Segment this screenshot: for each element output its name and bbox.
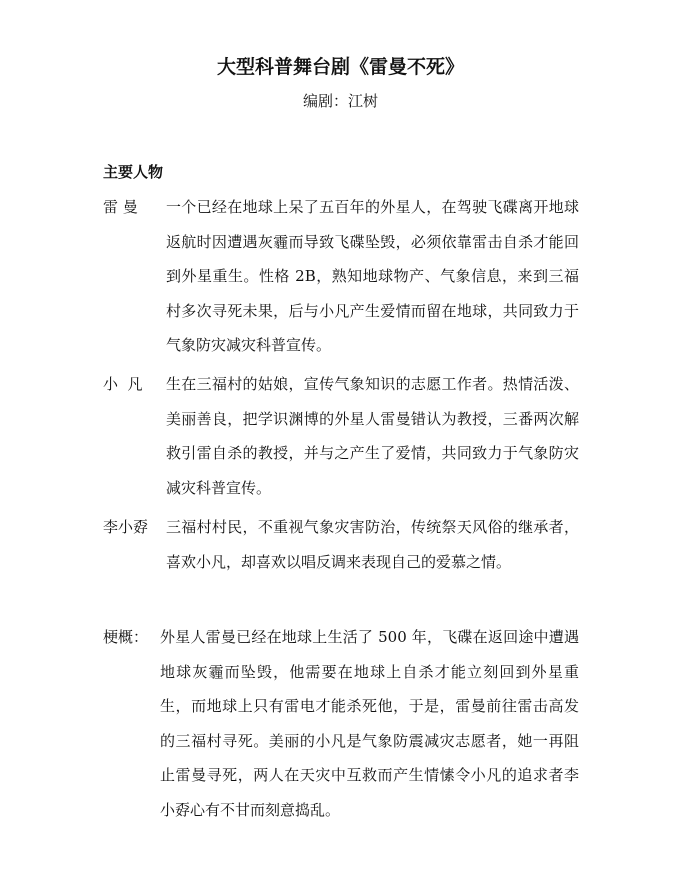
character-entry-lixiaonao: 李小孬 三福村村民，不重视气象灾害防治，传统祭天风俗的继承者，喜欢小凡，却喜欢以…	[103, 510, 579, 579]
synopsis-text: 外星人雷曼已经在地球上生活了 500 年，飞碟在返回途中遭遇地球灰霾而坠毁，他需…	[160, 620, 579, 827]
author-line: 编剧：江树	[0, 90, 681, 111]
character-description: 一个已经在地球上呆了五百年的外星人，在驾驶飞碟离开地球返航时因遭遇灰霾而导致飞碟…	[166, 190, 579, 363]
character-name: 雷 曼	[103, 190, 138, 225]
character-entry-xiaofan: 小 凡 生在三福村的姑娘，宣传气象知识的志愿工作者。热情活泼、美丽善良，把学识渊…	[103, 367, 579, 505]
character-name: 李小孬	[103, 510, 148, 545]
document-title: 大型科普舞台剧《雷曼不死》	[0, 52, 681, 79]
character-description: 三福村村民，不重视气象灾害防治，传统祭天风俗的继承者，喜欢小凡，却喜欢以唱反调来…	[166, 510, 579, 579]
synopsis-label: 梗概：	[103, 620, 148, 655]
character-description: 生在三福村的姑娘，宣传气象知识的志愿工作者。热情活泼、美丽善良，把学识渊博的外星…	[166, 367, 579, 505]
character-name: 小 凡	[103, 367, 143, 402]
character-entry-leiman: 雷 曼 一个已经在地球上呆了五百年的外星人，在驾驶飞碟离开地球返航时因遭遇灰霾而…	[103, 190, 579, 363]
characters-heading: 主要人物	[103, 161, 163, 182]
synopsis-entry: 梗概： 外星人雷曼已经在地球上生活了 500 年，飞碟在返回途中遭遇地球灰霾而坠…	[103, 620, 579, 827]
